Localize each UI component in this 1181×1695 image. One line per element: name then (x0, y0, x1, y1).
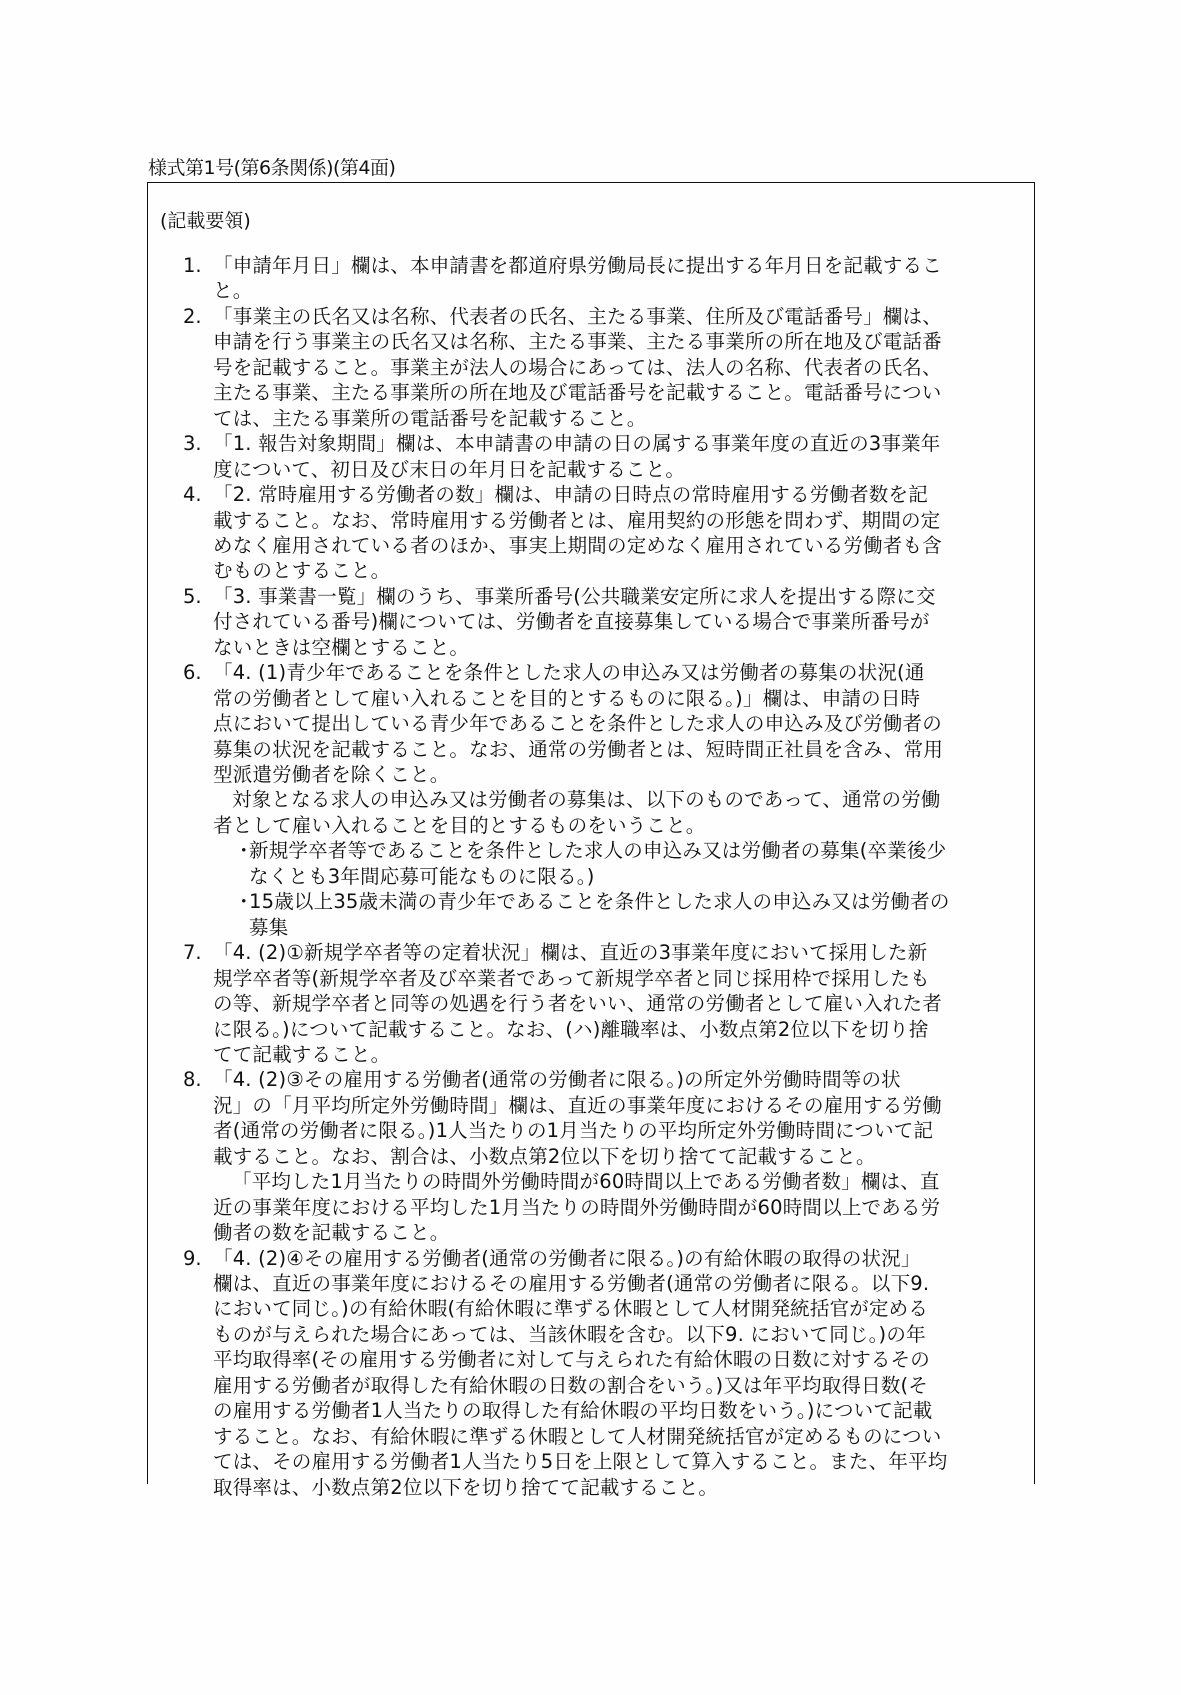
instruction-line: 載すること。なお、常時雇用する労働者とは、雇用契約の形態を問わず、期間の定 (213, 508, 940, 533)
instruction-line: の等、新規学卒者と同等の処遇を行う者をいい、通常の労働者として雇い入れた者 (213, 991, 942, 1016)
instruction-line: 「4. (2)①新規学卒者等の定着状況」欄は、直近の3事業年度において採用した新 (213, 940, 927, 965)
instruction-line: 「1. 報告対象期間」欄は、本申請書の申請の日の属する事業年度の直近の3事業年 (213, 431, 941, 456)
item-number: 8. (183, 1067, 202, 1092)
instruction-line: 募集の状況を記載すること。なお、通常の労働者とは、短時間正社員を含み、常用 (213, 737, 943, 762)
instruction-line: 「平均した1月当たりの時間外労働時間が60時間以上である労働者数」欄は、直 (232, 1169, 940, 1194)
instruction-line: すること。なお、有給休暇に準ずる休暇として人材開発統括官が定めるものについ (213, 1424, 942, 1449)
instruction-line: 常の労働者として雇い入れることを目的とするものに限る。)」欄は、申請の日時 (213, 686, 920, 711)
instruction-line: 「申請年月日」欄は、本申請書を都道府県労働局長に提出する年月日を記載するこ (213, 253, 942, 278)
instruction-line: 者(通常の労働者に限る。)1人当たりの1月当たりの平均所定外労働時間について記 (213, 1118, 933, 1143)
item-number: 4. (183, 482, 202, 507)
item-number: 9. (183, 1246, 202, 1271)
instruction-line: 対象となる求人の申込み又は労働者の募集は、以下のものであって、通常の労働 (232, 787, 941, 812)
instruction-line: 者として雇い入れることを目的とするものをいうこと。 (213, 813, 706, 838)
instruction-line: 働者の数を記載すること。 (213, 1220, 449, 1245)
section-heading: (記載要領) (160, 206, 251, 233)
instruction-line: 平均取得率(その雇用する労働者に対して与えられた有給休暇の日数に対するその (213, 1347, 930, 1372)
item-number: 5. (183, 584, 202, 609)
instruction-line: ては、その雇用する労働者1人当たり5日を上限として算入すること。また、年平均 (213, 1449, 947, 1474)
instruction-line: なくとも3年間応募可能なものに限る。) (249, 864, 595, 889)
instruction-line: 付されている番号)欄については、労働者を直接募集している場合で事業所番号が (213, 609, 930, 634)
instruction-line: 「4. (2)③その雇用する労働者(通常の労働者に限る。)の所定外労働時間等の状 (213, 1067, 901, 1092)
instruction-line: 「4. (1)青少年であることを条件とした求人の申込み又は労働者の募集の状況(通 (213, 660, 925, 685)
item-number: 2. (183, 304, 202, 329)
instruction-line: 近の事業年度における平均した1月当たりの時間外労働時間が60時間以上である労 (213, 1195, 940, 1220)
instruction-line: と。 (213, 278, 252, 303)
instruction-line: てて記載すること。 (213, 1042, 390, 1067)
instruction-line: の雇用する労働者1人当たりの取得した有給休暇の平均日数をいう。)について記載 (213, 1398, 932, 1423)
instruction-line: 「事業主の氏名又は名称、代表者の氏名、主たる事業、住所及び電話番号」欄は、 (213, 304, 942, 329)
instruction-line: 「2. 常時雇用する労働者の数」欄は、申請の日時点の常時雇用する労働者数を記 (213, 482, 928, 507)
instruction-line: 新規学卒者等であることを条件とした求人の申込み又は労働者の募集(卒業後少 (249, 838, 946, 863)
instruction-line: 載すること。なお、割合は、小数点第2位以下を切り捨てて記載すること。 (213, 1144, 876, 1169)
instruction-line: ものが与えられた場合にあっては、当該休暇を含む。以下9. において同じ。)の年 (213, 1322, 926, 1347)
instruction-line: 度について、初日及び末日の年月日を記載すること。 (213, 457, 685, 482)
item-number: 3. (183, 431, 202, 456)
item-number: 6. (183, 660, 202, 685)
instruction-line: において同じ。)の有給休暇(有給休暇に準ずる休暇として人材開発統括官が定める (213, 1296, 928, 1321)
instruction-line: ないときは空欄とすること。 (213, 635, 469, 660)
instruction-line: 欄は、直近の事業年度におけるその雇用する労働者(通常の労働者に限る。以下9. (213, 1271, 929, 1296)
instruction-line: 雇用する労働者が取得した有給休暇の日数の割合をいう。)又は年平均取得日数(そ (213, 1373, 928, 1398)
instruction-line: むものとすること。 (213, 558, 390, 583)
instruction-line: めなく雇用されている者のほか、事実上期間の定めなく雇用されている労働者も含 (213, 533, 942, 558)
item-number: 1. (183, 253, 202, 278)
instruction-line: 主たる事業、主たる事業所の所在地及び電話番号を記載すること。電話番号につい (213, 380, 942, 405)
instruction-line: 点において提出している青少年であることを条件とした求人の申込み及び労働者の (213, 711, 942, 736)
instruction-line: 号を記載すること。事業主が法人の場合にあっては、法人の名称、代表者の氏名、 (213, 355, 942, 380)
instruction-line: ては、主たる事業所の電話番号を記載すること。 (213, 406, 646, 431)
instruction-line: 取得率は、小数点第2位以下を切り捨てて記載すること。 (213, 1475, 718, 1500)
instruction-line: 規学卒者等(新規学卒者及び卒業者であって新規学卒者と同じ採用枠で採用したも (213, 966, 930, 991)
item-number: 7. (183, 940, 202, 965)
instruction-line: 申請を行う事業主の氏名又は名称、主たる事業、主たる事業所の所在地及び電話番 (213, 329, 942, 354)
instruction-line: 型派遣労働者を除くこと。 (213, 762, 449, 787)
instruction-line: 15歳以上35歳未満の青少年であることを条件とした求人の申込み又は労働者の (249, 889, 950, 914)
form-title: 様式第1号(第6条関係)(第4面) (148, 153, 395, 180)
instruction-line: 「4. (2)④その雇用する労働者(通常の労働者に限る。)の有給休暇の取得の状況… (213, 1246, 921, 1271)
instruction-line: に限る。)について記載すること。なお、(ハ)離職率は、小数点第2位以下を切り捨 (213, 1017, 928, 1042)
instruction-line: 「3. 事業書一覧」欄のうち、事業所番号(公共職業安定所に求人を提出する際に交 (213, 584, 936, 609)
instruction-line: 募集 (249, 915, 288, 940)
instruction-line: 況」の「月平均所定外労働時間」欄は、直近の事業年度におけるその雇用する労働 (213, 1093, 942, 1118)
